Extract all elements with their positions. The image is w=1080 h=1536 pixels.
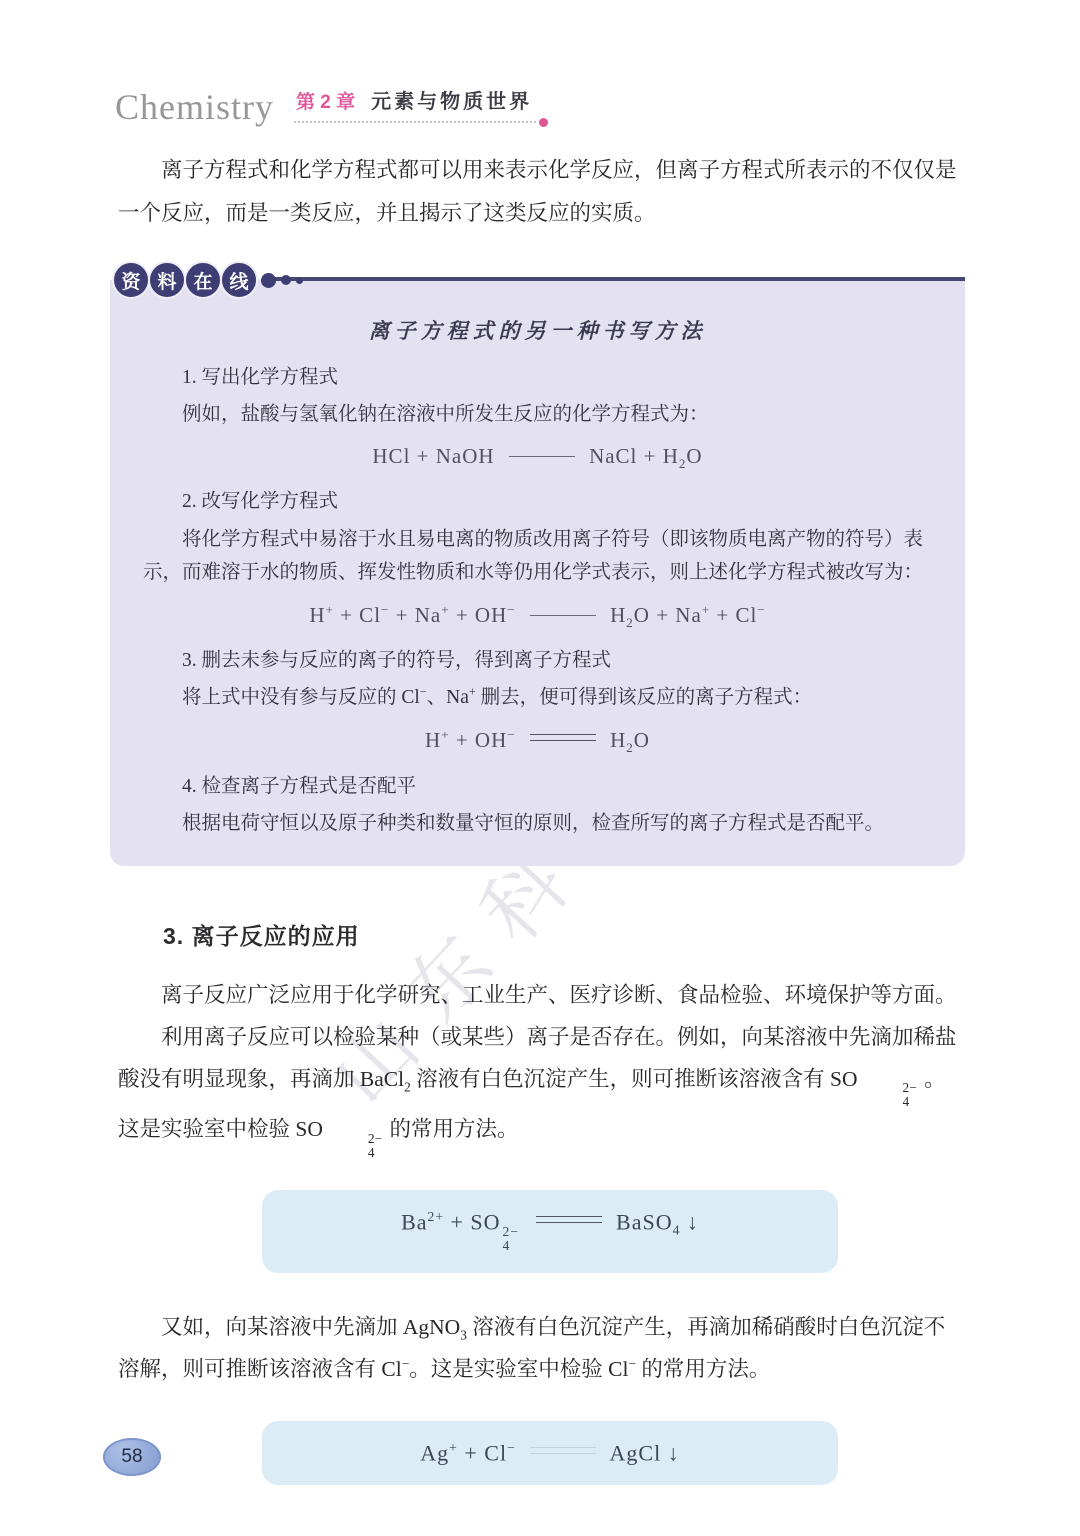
badge-char-icon: 在 (184, 261, 222, 299)
chapter-header-text: 第 2 章 元素与物质世界 (294, 85, 536, 121)
equation-net-ionic: H+ + OH− H2O (143, 727, 932, 756)
badge-char-icon: 资 (112, 261, 150, 299)
section-heading: 3. 离子反应的应用 (163, 918, 1080, 951)
equation-full-ionic: H+ + Cl− + Na+ + OH− H2O + Na+ + Cl− (143, 602, 932, 631)
badge-dot-icon (281, 275, 291, 285)
badge-dot-icon (296, 277, 303, 284)
sulfate-test-paragraph: 利用离子反应可以检验某种（或某些）离子是否存在。例如，向某溶液中先滴加稀盐酸没有… (118, 1017, 962, 1160)
step1-heading: 1. 写出化学方程式 (143, 361, 932, 394)
step4-heading: 4. 检查离子方程式是否配平 (143, 770, 932, 803)
chapter-label: 第 2 章 (296, 87, 355, 114)
step2-heading: 2. 改写化学方程式 (143, 485, 932, 518)
chapter-header: 第 2 章 元素与物质世界 (294, 85, 536, 125)
chapter-title: 元素与物质世界 (371, 85, 532, 114)
page-number: 58 (121, 1446, 142, 1468)
info-box-title: 离子方程式的另一种书写方法 (143, 315, 932, 345)
badge-dot-icon (261, 273, 276, 288)
content-layer: Chemistry 第 2 章 元素与物质世界 离子方程式和化学方程式都可以用来… (0, 85, 1080, 1485)
badge-char-icon: 料 (148, 261, 186, 299)
header-dotted-rule (294, 121, 536, 123)
page-number-badge: 58 (103, 1438, 161, 1476)
intro-paragraph: 离子方程式和化学方程式都可以用来表示化学反应，但离子方程式所表示的不仅仅是一个反… (118, 149, 960, 235)
applications-paragraph: 离子反应广泛应用于化学研究、工业生产、医疗诊断、食品检验、环境保护等方面。 (118, 975, 962, 1017)
info-box: 资 料 在 线 离子方程式的另一种书写方法 1. 写出化学方程式 例如，盐酸与氢… (110, 279, 965, 866)
textbook-page: 山东科学 Chemistry 第 2 章 元素与物质世界 离子方程式和化学方程式… (0, 0, 1080, 1536)
step3-body: 将上式中没有参与反应的 Cl−、Na+ 删去，便可得到该反应的离子方程式： (143, 681, 932, 714)
step4-body: 根据电荷守恒以及原子种类和数量守恒的原则，检查所写的离子方程式是否配平。 (143, 807, 932, 840)
page-header: Chemistry 第 2 章 元素与物质世界 (115, 85, 1080, 125)
header-end-dot-icon (539, 118, 548, 127)
step2-body: 将化学方程式中易溶于水且易电离的物质改用离子符号（即该物质电离产物的符号）表示，… (143, 523, 932, 589)
step1-body: 例如，盐酸与氢氧化钠在溶液中所发生反应的化学方程式为： (143, 398, 932, 431)
brand-logo: Chemistry (115, 89, 274, 125)
chloride-test-paragraph: 又如，向某溶液中先滴加 AgNO3 溶液有白色沉淀产生，再滴加稀硝酸时白色沉淀不… (118, 1307, 962, 1391)
equation-hcl-naoh: HCl + NaOH NaCl + H2O (143, 444, 932, 472)
ziliao-zaixian-badge: 资 料 在 线 (112, 261, 303, 299)
step3-heading: 3. 删去未参与反应的离子的符号，得到离子方程式 (143, 644, 932, 677)
info-box-top-rule (270, 277, 965, 281)
equation-box-baso4: Ba2+ + SO2−4 BaSO4 ↓ (262, 1190, 838, 1273)
badge-char-icon: 线 (220, 261, 258, 299)
equation-box-agcl: Ag+ + Cl− AgCl ↓ (262, 1421, 838, 1485)
